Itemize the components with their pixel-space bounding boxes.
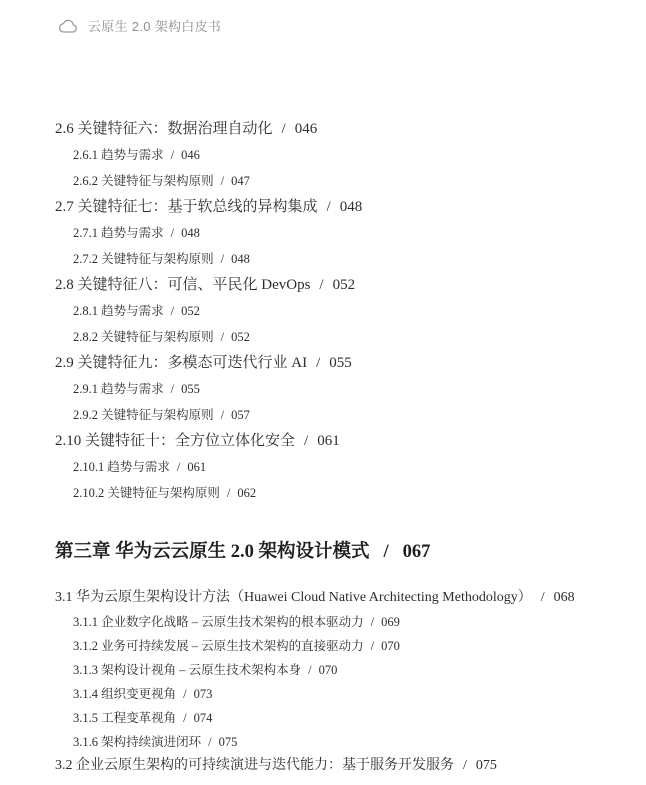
toc-entry-label: 3.1.6 架构持续演进闭环: [73, 735, 201, 749]
toc-entry: 2.9.1 趋势与需求/055: [55, 376, 626, 402]
toc-entry: 2.9.2 关键特征与架构原则/057: [55, 402, 626, 428]
toc-entry: 2.8 关键特征八：可信、平民化 DevOps/052: [55, 272, 626, 298]
toc-separator: /: [177, 460, 180, 474]
toc-page-number: 062: [237, 486, 256, 500]
toc-entry-label: 3.1 华为云原生架构设计方法（Huawei Cloud Native Arch…: [55, 590, 532, 605]
toc-separator: /: [316, 355, 320, 371]
toc-entry-label: 2.8.2 关键特征与架构原则: [73, 330, 214, 344]
toc-entry-label: 2.8 关键特征八：可信、平民化 DevOps: [55, 277, 310, 293]
toc-entry-label: 3.1.5 工程变革视角: [73, 711, 176, 725]
toc-entry: 2.6.2 关键特征与架构原则/047: [55, 168, 626, 194]
toc-entry: 2.8.2 关键特征与架构原则/052: [55, 324, 626, 350]
toc-separator: /: [221, 252, 224, 266]
toc-entry-label: 2.10.2 关键特征与架构原则: [73, 486, 220, 500]
toc-separator: /: [319, 277, 323, 293]
toc-separator: /: [183, 687, 186, 701]
toc-page-number: 075: [219, 735, 238, 749]
toc-entry-label: 2.10 关键特征十：全方位立体化安全: [55, 433, 295, 449]
toc-page-number: 046: [181, 148, 200, 162]
toc-entry-label: 3.2 企业云原生架构的可持续演进与迭代能力：基于服务开发服务: [55, 758, 454, 773]
toc-chapter-heading: 第三章 华为云云原生 2.0 架构设计模式/067: [55, 540, 626, 564]
toc-page-number: 070: [381, 639, 400, 653]
toc-entry: 2.7.2 关键特征与架构原则/048: [55, 246, 626, 272]
toc-separator: /: [221, 408, 224, 422]
toc-separator: /: [384, 542, 389, 562]
toc-page-number: 073: [194, 687, 213, 701]
toc-separator: /: [371, 639, 374, 653]
toc-entry-label: 3.1.3 架构设计视角 – 云原生技术架构本身: [73, 663, 301, 677]
toc-entry: 2.6 关键特征六：数据治理自动化/046: [55, 116, 626, 142]
toc-entry-label: 3.1.2 业务可持续发展 – 云原生技术架构的直接驱动力: [73, 639, 364, 653]
toc-separator: /: [541, 590, 545, 605]
toc-separator: /: [463, 758, 467, 773]
toc-separator: /: [171, 304, 174, 318]
toc-separator: /: [171, 148, 174, 162]
toc-page-number: 052: [181, 304, 200, 318]
toc-page-number: 052: [333, 277, 356, 293]
toc-page-number: 074: [194, 711, 213, 725]
toc-separator: /: [227, 486, 230, 500]
toc-page-number: 061: [187, 460, 206, 474]
toc-separator: /: [221, 330, 224, 344]
toc-entry-label: 2.7 关键特征七：基于软总线的异构集成: [55, 199, 318, 215]
toc-entry-label: 2.7.1 趋势与需求: [73, 226, 164, 240]
toc-page-number: 069: [381, 615, 400, 629]
toc-entry-label: 2.6 关键特征六：数据治理自动化: [55, 121, 273, 137]
toc-entry: 2.10.1 趋势与需求/061: [55, 454, 626, 480]
toc-page-number: 055: [329, 355, 352, 371]
toc-separator: /: [171, 226, 174, 240]
toc-entry: 2.9 关键特征九：多模态可迭代行业 AI/055: [55, 350, 626, 376]
toc-entry: 3.1 华为云原生架构设计方法（Huawei Cloud Native Arch…: [55, 586, 626, 610]
toc-entry: 3.2 企业云原生架构的可持续演进与迭代能力：基于服务开发服务/075: [55, 754, 626, 778]
toc-page-number: 055: [181, 382, 200, 396]
toc-entry-label: 第三章 华为云云原生 2.0 架构设计模式: [55, 542, 370, 562]
toc-entry: 3.1.1 企业数字化战略 – 云原生技术架构的根本驱动力/069: [55, 610, 626, 634]
document-page: 云原生 2.0 架构白皮书 2.6 关键特征六：数据治理自动化/0462.6.1…: [0, 0, 646, 785]
toc-page-number: 061: [317, 433, 340, 449]
toc-entry: 2.7 关键特征七：基于软总线的异构集成/048: [55, 194, 626, 220]
toc-page-number: 048: [340, 199, 363, 215]
toc-entry: 3.1.3 架构设计视角 – 云原生技术架构本身/070: [55, 658, 626, 682]
toc-page-number: 052: [231, 330, 250, 344]
toc-entry: 3.1.2 业务可持续发展 – 云原生技术架构的直接驱动力/070: [55, 634, 626, 658]
toc-entry: 2.10 关键特征十：全方位立体化安全/061: [55, 428, 626, 454]
toc-entry-label: 2.9.1 趋势与需求: [73, 382, 164, 396]
toc-page-number: 067: [403, 542, 431, 562]
cloud-logo-icon: [57, 18, 79, 34]
table-of-contents: 2.6 关键特征六：数据治理自动化/0462.6.1 趋势与需求/0462.6.…: [0, 38, 646, 778]
document-header: 云原生 2.0 架构白皮书: [0, 0, 646, 38]
toc-entry-label: 2.7.2 关键特征与架构原则: [73, 252, 214, 266]
toc-page-number: 048: [231, 252, 250, 266]
toc-entry: 2.8.1 趋势与需求/052: [55, 298, 626, 324]
toc-entry-label: 2.6.2 关键特征与架构原则: [73, 174, 214, 188]
toc-page-number: 048: [181, 226, 200, 240]
toc-entry-label: 2.10.1 趋势与需求: [73, 460, 170, 474]
toc-separator: /: [183, 711, 186, 725]
toc-page-number: 068: [554, 590, 575, 605]
toc-page-number: 047: [231, 174, 250, 188]
toc-entry-label: 2.6.1 趋势与需求: [73, 148, 164, 162]
toc-separator: /: [282, 121, 286, 137]
toc-page-number: 057: [231, 408, 250, 422]
toc-entry: 3.1.6 架构持续演进闭环/075: [55, 730, 626, 754]
toc-separator: /: [208, 735, 211, 749]
toc-separator: /: [327, 199, 331, 215]
toc-entry: 2.6.1 趋势与需求/046: [55, 142, 626, 168]
toc-separator: /: [371, 615, 374, 629]
toc-entry-label: 2.9 关键特征九：多模态可迭代行业 AI: [55, 355, 307, 371]
toc-entry: 3.1.5 工程变革视角/074: [55, 706, 626, 730]
toc-page-number: 046: [295, 121, 318, 137]
toc-entry: 3.1.4 组织变更视角/073: [55, 682, 626, 706]
toc-separator: /: [308, 663, 311, 677]
toc-entry-label: 2.8.1 趋势与需求: [73, 304, 164, 318]
toc-entry-label: 3.1.1 企业数字化战略 – 云原生技术架构的根本驱动力: [73, 615, 364, 629]
toc-entry-label: 2.9.2 关键特征与架构原则: [73, 408, 214, 422]
document-title: 云原生 2.0 架构白皮书: [88, 16, 221, 35]
toc-entry-label: 3.1.4 组织变更视角: [73, 687, 176, 701]
toc-separator: /: [221, 174, 224, 188]
toc-separator: /: [304, 433, 308, 449]
toc-page-number: 070: [319, 663, 338, 677]
toc-entry: 2.10.2 关键特征与架构原则/062: [55, 480, 626, 506]
toc-separator: /: [171, 382, 174, 396]
toc-page-number: 075: [476, 758, 497, 773]
toc-entry: 2.7.1 趋势与需求/048: [55, 220, 626, 246]
